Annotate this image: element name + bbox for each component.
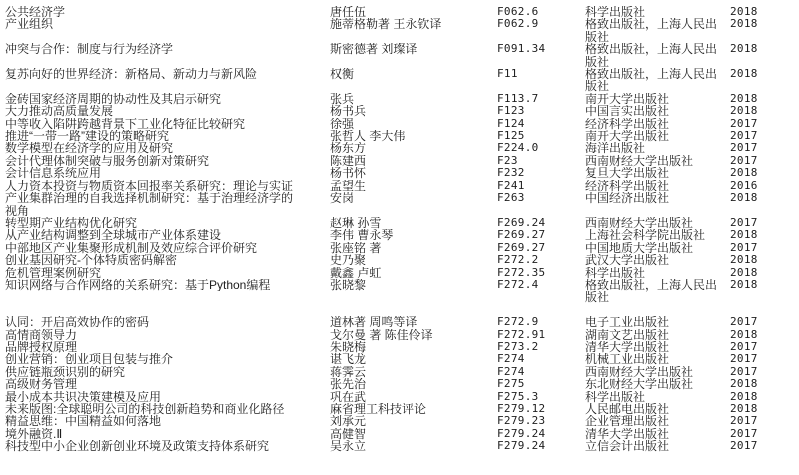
- year-cell: 2017: [730, 242, 799, 254]
- book-title-cell: 人力资本投资与物质资本回报率关系研究：理论与实证: [0, 180, 330, 192]
- book-title-cell: 中部地区产业集聚形成机制及效应综合评价研究: [0, 242, 330, 254]
- publisher-cell: 格致出版社，上海人民出版社: [585, 18, 730, 43]
- year-cell: 2017: [730, 142, 799, 154]
- book-title-cell: 转型期产业结构优化研究: [0, 217, 330, 229]
- table-row: 复苏向好的世界经济：新格局、新动力与新风险 权衡 F11 格致出版社，上海人民出…: [0, 68, 799, 93]
- table-row: 科技型中小企业创新创业环境及政策支持体系研究 吴永立 F279.24 立信会计出…: [0, 440, 799, 452]
- table-row: 高级财务管理 张先治 F275 东北财经大学出版社 2018: [0, 378, 799, 390]
- book-author-cell: 权衡: [330, 68, 497, 80]
- table-row: 转型期产业结构优化研究 赵琳 孙雪 F269.24 西南财经大学出版社 2017: [0, 217, 799, 229]
- publisher-cell: 复旦大学出版社: [585, 167, 730, 179]
- year-cell: 2017: [730, 341, 799, 353]
- book-author-cell: 道林著 周鸣等译: [330, 316, 497, 328]
- book-author-cell: 吴永立: [330, 440, 497, 452]
- book-author-cell: 孟望生: [330, 180, 497, 192]
- book-author-cell: 张兵: [330, 93, 497, 105]
- year-cell: 2018: [730, 68, 799, 80]
- table-row: 最小成本共识决策建模及应用 巩在武 F275.3 科学出版社 2018: [0, 391, 799, 403]
- publisher-cell: 湖南文艺出版社: [585, 329, 730, 341]
- publisher-cell: 西南财经大学出版社: [585, 366, 730, 378]
- publisher-cell: 中国经济出版社: [585, 192, 730, 204]
- year-cell: 2017: [730, 217, 799, 229]
- book-title-cell: 供应链瓶颈识别的研究: [0, 366, 330, 378]
- year-cell: 2018: [730, 18, 799, 30]
- call-number-cell: F275: [497, 378, 585, 390]
- year-cell: 2018: [730, 378, 799, 390]
- table-row: 推进“一带一路”建设的策略研究 张哲人 李大伟 F125 南开大学出版社 201…: [0, 130, 799, 142]
- publisher-cell: 经济科学出版社: [585, 118, 730, 130]
- publisher-cell: 西南财经大学出版社: [585, 155, 730, 167]
- book-title-cell: 境外融资.Ⅱ: [0, 428, 330, 440]
- publisher-cell: 经济科学出版社: [585, 180, 730, 192]
- table-row: 危机管理案例研究 戴鑫 卢虹 F272.35 科学出版社 2018: [0, 267, 799, 279]
- table-row: 产业组织 施蒂格勒著 王永钦译 F062.9 格致出版社，上海人民出版社 201…: [0, 18, 799, 43]
- publisher-cell: 海洋出版社: [585, 142, 730, 154]
- call-number-cell: F062.9: [497, 18, 585, 30]
- table-row: 产业集群治理的自我选择机制研究：基于治理经济学的视角 安岗 F263 中国经济出…: [0, 192, 799, 217]
- publisher-cell: 科学出版社: [585, 6, 730, 18]
- call-number-cell: F125: [497, 130, 585, 142]
- book-title-cell: 知识网络与合作网络的关系研究：基于Python编程: [0, 279, 330, 291]
- book-author-cell: 戈尔曼 著 陈佳伶译: [330, 329, 497, 341]
- year-cell: 2018: [730, 167, 799, 179]
- call-number-cell: F272.35: [497, 267, 585, 279]
- call-number-cell: F123: [497, 105, 585, 117]
- book-author-cell: 安岗: [330, 192, 497, 204]
- book-author-cell: 赵琳 孙雪: [330, 217, 497, 229]
- book-author-cell: 谌飞龙: [330, 353, 497, 365]
- year-cell: 2018: [730, 403, 799, 415]
- call-number-cell: F272.9: [497, 316, 585, 328]
- call-number-cell: F273.2: [497, 341, 585, 353]
- year-cell: 2018: [730, 279, 799, 291]
- book-author-cell: 杨东方: [330, 142, 497, 154]
- book-author-cell: 张先治: [330, 378, 497, 390]
- call-number-cell: F269.24: [497, 217, 585, 229]
- book-list-page: 公共经济学 唐任伍 F062.6 科学出版社 2018 产业组织 施蒂格勒著 王…: [0, 0, 799, 475]
- book-title-cell: 从产业结构调整到全球城市产业体系建设: [0, 229, 330, 241]
- publisher-cell: 南开大学出版社: [585, 130, 730, 142]
- book-title-cell: 高情商领导力: [0, 329, 330, 341]
- book-title-cell: 创业营销：创业项目包装与推介: [0, 353, 330, 365]
- book-title-cell: 最小成本共识决策建模及应用: [0, 391, 330, 403]
- call-number-cell: F232: [497, 167, 585, 179]
- call-number-cell: F272.4: [497, 279, 585, 291]
- publisher-cell: 西南财经大学出版社: [585, 217, 730, 229]
- year-cell: 2017: [730, 130, 799, 142]
- publisher-cell: 格致出版社，上海人民出版社: [585, 279, 730, 304]
- publisher-cell: 格致出版社，上海人民出版社: [585, 43, 730, 68]
- publisher-cell: 企业管理出版社: [585, 415, 730, 427]
- book-title-cell: 中等收入陷阱跨越背景下工业化特征比较研究: [0, 118, 330, 130]
- year-cell: 2018: [730, 391, 799, 403]
- year-cell: 2018: [730, 93, 799, 105]
- table-row: 冲突与合作：制度与行为经济学 斯密德著 刘璨译 F091.34 格致出版社，上海…: [0, 43, 799, 68]
- book-table: 公共经济学 唐任伍 F062.6 科学出版社 2018 产业组织 施蒂格勒著 王…: [0, 6, 799, 453]
- book-author-cell: 巩在武: [330, 391, 497, 403]
- book-author-cell: 蒋霁云: [330, 366, 497, 378]
- table-row: 中等收入陷阱跨越背景下工业化特征比较研究 徐强 F124 经济科学出版社 201…: [0, 118, 799, 130]
- book-title-cell: 危机管理案例研究: [0, 267, 330, 279]
- publisher-cell: 东北财经大学出版社: [585, 378, 730, 390]
- call-number-cell: F062.6: [497, 6, 585, 18]
- book-title-cell: 公共经济学: [0, 6, 330, 18]
- book-author-cell: 朱晓梅: [330, 341, 497, 353]
- book-author-cell: 高健智: [330, 428, 497, 440]
- year-cell: 2017: [730, 440, 799, 452]
- table-row: 创业基因研究-个体特质密码解密 史乃聚 F272.2 武汉大学出版社 2018: [0, 254, 799, 266]
- table-row: 创业营销：创业项目包装与推介 谌飞龙 F274 机械工业出版社 2017: [0, 353, 799, 365]
- book-title-cell: 科技型中小企业创新创业环境及政策支持体系研究: [0, 440, 330, 452]
- book-author-cell: 施蒂格勒著 王永钦译: [330, 18, 497, 30]
- year-cell: 2018: [730, 267, 799, 279]
- publisher-cell: 中国地质大学出版社: [585, 242, 730, 254]
- year-cell: 2017: [730, 353, 799, 365]
- book-author-cell: 杨书兵: [330, 105, 497, 117]
- year-cell: 2018: [730, 105, 799, 117]
- call-number-cell: F279.24: [497, 440, 585, 452]
- year-cell: 2016: [730, 180, 799, 192]
- year-cell: 2018: [730, 192, 799, 204]
- publisher-cell: 立信会计出版社: [585, 440, 730, 452]
- book-author-cell: 杨书怀: [330, 167, 497, 179]
- book-author-cell: 麻省理工科技评论: [330, 403, 497, 415]
- book-author-cell: 徐强: [330, 118, 497, 130]
- year-cell: 2017: [730, 316, 799, 328]
- table-row: 高情商领导力 戈尔曼 著 陈佳伶译 F272.91 湖南文艺出版社 2018: [0, 329, 799, 341]
- book-title-cell: 大力推动高质量发展: [0, 105, 330, 117]
- book-author-cell: 史乃聚: [330, 254, 497, 266]
- book-title-cell: 未来版图:全球聪明公司的科技创新趋势和商业化路径: [0, 403, 330, 415]
- book-title-cell: 高级财务管理: [0, 378, 330, 390]
- table-row: 会计代理体制突破与服务创新对策研究 陈建西 F23 西南财经大学出版社 2017: [0, 155, 799, 167]
- year-cell: 2018: [730, 329, 799, 341]
- year-cell: 2017: [730, 155, 799, 167]
- book-title-cell: 认同：开启高效协作的密码: [0, 316, 330, 328]
- table-row: 大力推动高质量发展 杨书兵 F123 中国言实出版社 2018: [0, 105, 799, 117]
- call-number-cell: F263: [497, 192, 585, 204]
- table-row: 知识网络与合作网络的关系研究：基于Python编程 张晓黎 F272.4 格致出…: [0, 279, 799, 304]
- publisher-cell: 上海社会科学院出版社: [585, 229, 730, 241]
- year-cell: 2017: [730, 118, 799, 130]
- table-row: 精益思维：中国精益如何落地 刘承元 F279.23 企业管理出版社 2017: [0, 415, 799, 427]
- book-title-cell: 会计信息系统应用: [0, 167, 330, 179]
- call-number-cell: F241: [497, 180, 585, 192]
- table-row: 未来版图:全球聪明公司的科技创新趋势和商业化路径 麻省理工科技评论 F279.1…: [0, 403, 799, 415]
- book-title-cell: 产业集群治理的自我选择机制研究：基于治理经济学的视角: [0, 192, 330, 217]
- book-author-cell: 李伟 曹永琴: [330, 229, 497, 241]
- year-cell: 2017: [730, 428, 799, 440]
- table-row: 认同：开启高效协作的密码 道林著 周鸣等译 F272.9 电子工业出版社 201…: [0, 316, 799, 328]
- call-number-cell: F091.34: [497, 43, 585, 55]
- year-cell: 2018: [730, 254, 799, 266]
- book-title-cell: 品牌授权原理: [0, 341, 330, 353]
- table-row: 从产业结构调整到全球城市产业体系建设 李伟 曹永琴 F269.27 上海社会科学…: [0, 229, 799, 241]
- publisher-cell: 机械工业出版社: [585, 353, 730, 365]
- book-title-cell: 金砖国家经济周期的协动性及其启示研究: [0, 93, 330, 105]
- table-row: 境外融资.Ⅱ 高健智 F279.24 清华大学出版社 2017: [0, 428, 799, 440]
- book-author-cell: 刘承元: [330, 415, 497, 427]
- publisher-cell: 清华大学出版社: [585, 341, 730, 353]
- book-author-cell: 张哲人 李大伟: [330, 130, 497, 142]
- book-title-cell: 冲突与合作：制度与行为经济学: [0, 43, 330, 55]
- call-number-cell: F11: [497, 68, 585, 80]
- book-title-cell: 会计代理体制突破与服务创新对策研究: [0, 155, 330, 167]
- publisher-cell: 科学出版社: [585, 267, 730, 279]
- book-author-cell: 唐任伍: [330, 6, 497, 18]
- call-number-cell: F274: [497, 366, 585, 378]
- call-number-cell: F23: [497, 155, 585, 167]
- publisher-cell: 中国言实出版社: [585, 105, 730, 117]
- table-row: 金砖国家经济周期的协动性及其启示研究 张兵 F113.7 南开大学出版社 201…: [0, 93, 799, 105]
- publisher-cell: 清华大学出版社: [585, 428, 730, 440]
- call-number-cell: F279.12: [497, 403, 585, 415]
- publisher-cell: 人民邮电出版社: [585, 403, 730, 415]
- year-cell: 2018: [730, 43, 799, 55]
- publisher-cell: 武汉大学出版社: [585, 254, 730, 266]
- table-row: 中部地区产业集聚形成机制及效应综合评价研究 张座铭 著 F269.27 中国地质…: [0, 242, 799, 254]
- publisher-cell: 南开大学出版社: [585, 93, 730, 105]
- publisher-cell: 格致出版社，上海人民出版社: [585, 68, 730, 93]
- call-number-cell: F124: [497, 118, 585, 130]
- call-number-cell: F272.2: [497, 254, 585, 266]
- table-row: 人力资本投资与物质资本回报率关系研究：理论与实证 孟望生 F241 经济科学出版…: [0, 180, 799, 192]
- year-cell: 2017: [730, 366, 799, 378]
- call-number-cell: F269.27: [497, 242, 585, 254]
- call-number-cell: F279.24: [497, 428, 585, 440]
- call-number-cell: F272.91: [497, 329, 585, 341]
- table-row: 公共经济学 唐任伍 F062.6 科学出版社 2018: [0, 6, 799, 18]
- year-cell: 2017: [730, 415, 799, 427]
- book-title-cell: 创业基因研究-个体特质密码解密: [0, 254, 330, 266]
- call-number-cell: F224.0: [497, 142, 585, 154]
- book-author-cell: 陈建西: [330, 155, 497, 167]
- table-row: 数学模型在经济学的应用及研究 杨东方 F224.0 海洋出版社 2017: [0, 142, 799, 154]
- call-number-cell: F113.7: [497, 93, 585, 105]
- book-author-cell: 张座铭 著: [330, 242, 497, 254]
- book-title-cell: 复苏向好的世界经济：新格局、新动力与新风险: [0, 68, 330, 80]
- book-title-cell: 精益思维：中国精益如何落地: [0, 415, 330, 427]
- book-title-cell: 产业组织: [0, 18, 330, 30]
- book-author-cell: 戴鑫 卢虹: [330, 267, 497, 279]
- publisher-cell: 电子工业出版社: [585, 316, 730, 328]
- book-title-cell: 推进“一带一路”建设的策略研究: [0, 130, 330, 142]
- publisher-cell: 科学出版社: [585, 391, 730, 403]
- year-cell: 2018: [730, 229, 799, 241]
- table-row: 供应链瓶颈识别的研究 蒋霁云 F274 西南财经大学出版社 2017: [0, 366, 799, 378]
- year-cell: 2018: [730, 6, 799, 18]
- book-author-cell: 斯密德著 刘璨译: [330, 43, 497, 55]
- call-number-cell: F274: [497, 353, 585, 365]
- book-title-cell: 数学模型在经济学的应用及研究: [0, 142, 330, 154]
- call-number-cell: F269.27: [497, 229, 585, 241]
- call-number-cell: F279.23: [497, 415, 585, 427]
- table-row: 品牌授权原理 朱晓梅 F273.2 清华大学出版社 2017: [0, 341, 799, 353]
- table-row: 会计信息系统应用 杨书怀 F232 复旦大学出版社 2018: [0, 167, 799, 179]
- book-author-cell: 张晓黎: [330, 279, 497, 291]
- call-number-cell: F275.3: [497, 391, 585, 403]
